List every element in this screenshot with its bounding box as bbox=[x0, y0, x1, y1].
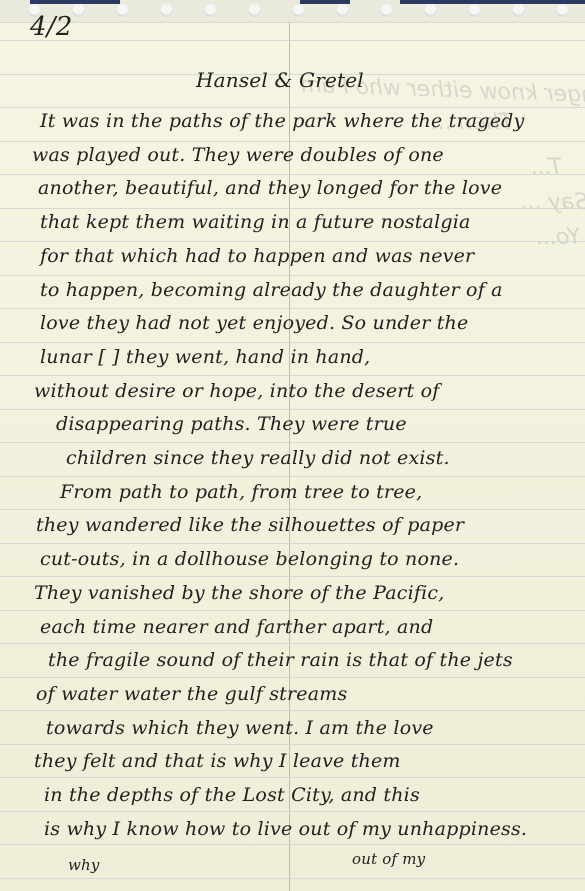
handwritten-line: cut-outs, in a dollhouse belonging to no… bbox=[40, 548, 459, 570]
perforation-hole bbox=[160, 4, 173, 17]
perforation-hole bbox=[248, 4, 261, 17]
ruled-line bbox=[0, 208, 585, 209]
handwritten-line: lunar [ ] they went, hand in hand, bbox=[40, 346, 370, 368]
handwritten-line: each time nearer and farther apart, and bbox=[40, 616, 433, 638]
handwritten-line: in the depths of the Lost City, and this bbox=[44, 784, 420, 806]
ruled-line bbox=[0, 509, 585, 510]
handwritten-line: without desire or hope, into the desert … bbox=[34, 380, 440, 402]
ruled-line bbox=[0, 811, 585, 812]
ruled-line bbox=[0, 610, 585, 611]
ruled-line bbox=[0, 141, 585, 142]
handwritten-line: is why I know how to live out of my unha… bbox=[44, 818, 527, 840]
handwritten-line: children since they really did not exist… bbox=[66, 447, 450, 469]
ruled-line bbox=[0, 777, 585, 778]
binding-strip bbox=[30, 0, 120, 4]
perforation-hole bbox=[556, 4, 569, 17]
ruled-line bbox=[0, 308, 585, 309]
ruled-line bbox=[0, 409, 585, 410]
ruled-line bbox=[0, 543, 585, 544]
ruled-line bbox=[0, 342, 585, 343]
ruled-line bbox=[0, 241, 585, 242]
perforation-hole bbox=[116, 4, 129, 17]
ruled-line bbox=[0, 40, 585, 41]
handwritten-line: that kept them waiting in a future nosta… bbox=[40, 211, 471, 233]
perforation-hole bbox=[512, 4, 525, 17]
ruled-line bbox=[0, 275, 585, 276]
ruled-line bbox=[0, 476, 585, 477]
perforation-hole bbox=[380, 4, 393, 17]
ruled-line bbox=[0, 744, 585, 745]
ruled-line bbox=[0, 442, 585, 443]
perforation-hole bbox=[336, 4, 349, 17]
ruled-line bbox=[0, 643, 585, 644]
handwritten-line: the fragile sound of their rain is that … bbox=[48, 649, 513, 671]
ruled-line bbox=[0, 174, 585, 175]
ruled-line bbox=[0, 878, 585, 879]
ruled-line bbox=[0, 677, 585, 678]
perforation-hole bbox=[72, 4, 85, 17]
date-label: 4/2 bbox=[30, 12, 72, 42]
insertion-text: why bbox=[68, 856, 100, 874]
handwritten-line: for that which had to happen and was nev… bbox=[40, 245, 474, 267]
handwritten-line: they wandered like the silhouettes of pa… bbox=[36, 514, 464, 536]
handwritten-line: From path to path, from tree to tree, bbox=[60, 481, 422, 503]
handwritten-line: It was in the paths of the park where th… bbox=[40, 110, 524, 132]
ruled-line bbox=[0, 844, 585, 845]
notebook-page: And I no longer know either who I am The… bbox=[0, 0, 585, 891]
handwritten-line: love they had not yet enjoyed. So under … bbox=[40, 312, 468, 334]
page-title: Hansel & Gretel bbox=[196, 68, 364, 92]
perforated-binding-edge bbox=[0, 0, 585, 23]
handwritten-line: of water water the gulf streams bbox=[36, 683, 347, 705]
perforation-hole bbox=[424, 4, 437, 17]
perforation-hole bbox=[204, 4, 217, 17]
ruled-line bbox=[0, 375, 585, 376]
handwritten-line: disappearing paths. They were true bbox=[56, 413, 407, 435]
handwritten-line: They vanished by the shore of the Pacifi… bbox=[34, 582, 444, 604]
bleed-through-text: Say ... bbox=[520, 190, 585, 215]
handwritten-line: to happen, becoming already the daughter… bbox=[40, 279, 503, 301]
bleed-through-text: Yo... bbox=[535, 225, 580, 250]
handwritten-line: was played out. They were doubles of one bbox=[32, 144, 444, 166]
perforation-hole bbox=[292, 4, 305, 17]
ruled-line bbox=[0, 710, 585, 711]
handwritten-line: they felt and that is why I leave them bbox=[34, 750, 401, 772]
handwritten-line: towards which they went. I am the love bbox=[46, 717, 434, 739]
handwritten-line: another, beautiful, and they longed for … bbox=[38, 177, 502, 199]
perforation-hole bbox=[468, 4, 481, 17]
insertion-text: out of my bbox=[352, 850, 425, 868]
ruled-line bbox=[0, 576, 585, 577]
ruled-line bbox=[0, 107, 585, 108]
bleed-through-text: T... bbox=[530, 155, 562, 180]
